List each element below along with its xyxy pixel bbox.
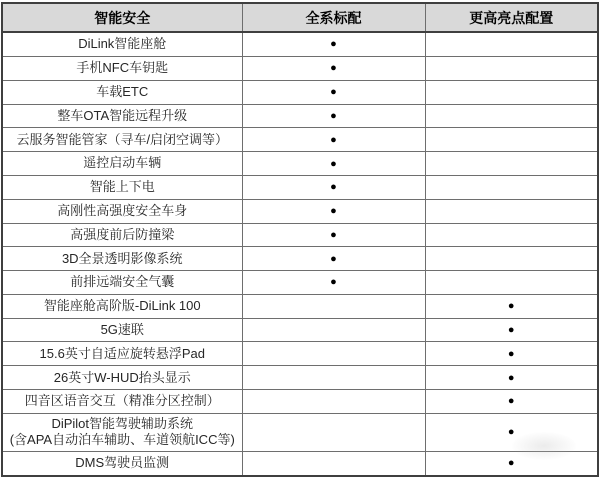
standard-bullet-cell: ● <box>242 128 425 152</box>
table-row: 高强度前后防撞梁● <box>2 223 598 247</box>
standard-bullet-cell <box>242 390 425 414</box>
table-row: 5G速联● <box>2 318 598 342</box>
feature-name: 云服务智能管家（寻车/启闭空调等） <box>2 128 242 152</box>
smart-safety-spec-table: 智能安全 全系标配 更高亮点配置 DiLink智能座舱●手机NFC车钥匙●车载E… <box>1 2 599 477</box>
table-row: 前排远端安全气囊● <box>2 271 598 295</box>
table-row: 15.6英寸自适应旋转悬浮Pad● <box>2 342 598 366</box>
feature-name: 前排远端安全气囊 <box>2 271 242 295</box>
premium-bullet-cell <box>425 32 598 56</box>
feature-name: 26英寸W-HUD抬头显示 <box>2 366 242 390</box>
standard-bullet-cell: ● <box>242 32 425 56</box>
feature-name: 车载ETC <box>2 80 242 104</box>
standard-bullet-cell: ● <box>242 175 425 199</box>
feature-name: 遥控启动车辆 <box>2 152 242 176</box>
premium-bullet-cell <box>425 247 598 271</box>
feature-name: DiLink智能座舱 <box>2 32 242 56</box>
feature-name: 整车OTA智能远程升级 <box>2 104 242 128</box>
standard-bullet-cell: ● <box>242 104 425 128</box>
standard-bullet-cell: ● <box>242 223 425 247</box>
table-row: 高刚性高强度安全车身● <box>2 199 598 223</box>
feature-name: 5G速联 <box>2 318 242 342</box>
standard-bullet-cell: ● <box>242 56 425 80</box>
col-header-category: 智能安全 <box>2 3 242 32</box>
premium-bullet-cell: ● <box>425 342 598 366</box>
feature-name: DMS驾驶员监测 <box>2 451 242 476</box>
standard-bullet-cell: ● <box>242 199 425 223</box>
premium-bullet-cell: ● <box>425 294 598 318</box>
standard-bullet-cell <box>242 342 425 366</box>
premium-bullet-cell: ● <box>425 366 598 390</box>
col-header-premium: 更高亮点配置 <box>425 3 598 32</box>
premium-bullet-cell: ● <box>425 318 598 342</box>
standard-bullet-cell <box>242 318 425 342</box>
premium-bullet-cell: ● <box>425 413 598 451</box>
premium-bullet-cell <box>425 128 598 152</box>
standard-bullet-cell: ● <box>242 247 425 271</box>
table-row: 遥控启动车辆● <box>2 152 598 176</box>
feature-name: 高强度前后防撞梁 <box>2 223 242 247</box>
col-header-standard: 全系标配 <box>242 3 425 32</box>
feature-name: 智能座舱高阶版-DiLink 100 <box>2 294 242 318</box>
premium-bullet-cell <box>425 175 598 199</box>
standard-bullet-cell: ● <box>242 152 425 176</box>
standard-bullet-cell <box>242 413 425 451</box>
table-row: 智能座舱高阶版-DiLink 100● <box>2 294 598 318</box>
feature-name: 智能上下电 <box>2 175 242 199</box>
feature-name: 四音区语音交互（精准分区控制） <box>2 390 242 414</box>
premium-bullet-cell <box>425 223 598 247</box>
table-row: 车载ETC● <box>2 80 598 104</box>
feature-name: 3D全景透明影像系统 <box>2 247 242 271</box>
premium-bullet-cell <box>425 271 598 295</box>
table-row: 云服务智能管家（寻车/启闭空调等）● <box>2 128 598 152</box>
table-row: 四音区语音交互（精准分区控制）● <box>2 390 598 414</box>
premium-bullet-cell <box>425 104 598 128</box>
standard-bullet-cell <box>242 366 425 390</box>
feature-name: 手机NFC车钥匙 <box>2 56 242 80</box>
table-row: 26英寸W-HUD抬头显示● <box>2 366 598 390</box>
table-row: DiLink智能座舱● <box>2 32 598 56</box>
premium-bullet-cell <box>425 152 598 176</box>
premium-bullet-cell: ● <box>425 451 598 476</box>
feature-name: 15.6英寸自适应旋转悬浮Pad <box>2 342 242 366</box>
feature-name: DiPilot智能驾驶辅助系统 (含APA自动泊车辅助、车道领航ICC等) <box>2 413 242 451</box>
table-row: 手机NFC车钥匙● <box>2 56 598 80</box>
spec-table-page: 智能安全 全系标配 更高亮点配置 DiLink智能座舱●手机NFC车钥匙●车载E… <box>0 2 600 480</box>
table-row: 智能上下电● <box>2 175 598 199</box>
header-row: 智能安全 全系标配 更高亮点配置 <box>2 3 598 32</box>
premium-bullet-cell <box>425 56 598 80</box>
premium-bullet-cell: ● <box>425 390 598 414</box>
standard-bullet-cell: ● <box>242 271 425 295</box>
premium-bullet-cell <box>425 199 598 223</box>
table-row: 3D全景透明影像系统● <box>2 247 598 271</box>
feature-name: 高刚性高强度安全车身 <box>2 199 242 223</box>
standard-bullet-cell: ● <box>242 80 425 104</box>
standard-bullet-cell <box>242 294 425 318</box>
premium-bullet-cell <box>425 80 598 104</box>
table-row: 整车OTA智能远程升级● <box>2 104 598 128</box>
table-row: DiPilot智能驾驶辅助系统 (含APA自动泊车辅助、车道领航ICC等)● <box>2 413 598 451</box>
table-row: DMS驾驶员监测● <box>2 451 598 476</box>
standard-bullet-cell <box>242 451 425 476</box>
